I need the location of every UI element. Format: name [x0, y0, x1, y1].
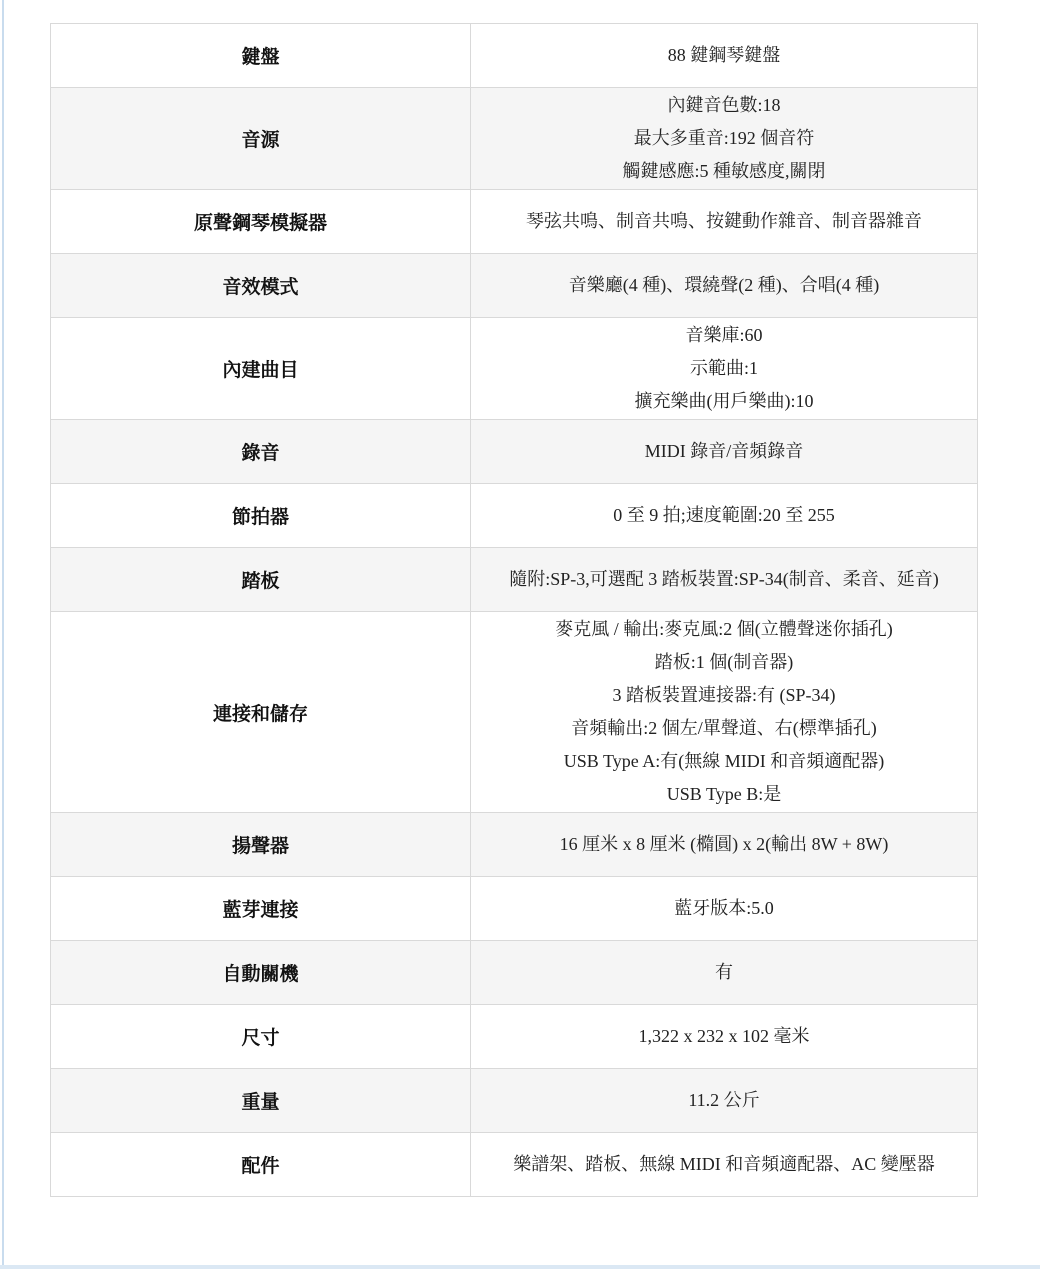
table-row: 重量 11.2 公斤	[51, 1069, 978, 1133]
spec-value-line: 88 鍵鋼琴鍵盤	[481, 39, 967, 72]
spec-value: 音樂廳(4 種)、環繞聲(2 種)、合唱(4 種)	[471, 254, 978, 318]
spec-value: 1,322 x 232 x 102 毫米	[471, 1005, 978, 1069]
spec-label: 自動關機	[51, 941, 471, 1005]
spec-value-line: 音樂廳(4 種)、環繞聲(2 種)、合唱(4 種)	[481, 269, 967, 302]
spec-value-line: 麥克風 / 輸出:麥克風:2 個(立體聲迷你插孔)	[481, 613, 967, 646]
spec-table-body: 鍵盤 88 鍵鋼琴鍵盤 音源 內鍵音色數:18最大多重音:192 個音符觸鍵感應…	[51, 24, 978, 1197]
spec-value-line: 觸鍵感應:5 種敏感度,關閉	[481, 155, 967, 188]
spec-value-line: USB Type A:有(無線 MIDI 和音頻適配器)	[481, 745, 967, 778]
spec-label: 連接和儲存	[51, 612, 471, 813]
left-accent-line	[2, 0, 4, 1269]
spec-value-line: 16 厘米 x 8 厘米 (橢圓) x 2(輸出 8W + 8W)	[481, 828, 967, 861]
spec-value: 琴弦共鳴、制音共鳴、按鍵動作雜音、制音器雜音	[471, 190, 978, 254]
spec-value-line: 琴弦共鳴、制音共鳴、按鍵動作雜音、制音器雜音	[481, 205, 967, 238]
spec-value: 音樂庫:60示範曲:1擴充樂曲(用戶樂曲):10	[471, 318, 978, 420]
spec-value-line: 3 踏板裝置連接器:有 (SP-34)	[481, 679, 967, 712]
spec-value-line: 隨附:SP-3,可選配 3 踏板裝置:SP-34(制音、柔音、延音)	[481, 563, 967, 596]
table-row: 自動關機 有	[51, 941, 978, 1005]
spec-value-line: 藍牙版本:5.0	[481, 892, 967, 925]
spec-label: 原聲鋼琴模擬器	[51, 190, 471, 254]
spec-value-line: 11.2 公斤	[481, 1084, 967, 1117]
spec-value-line: MIDI 錄音/音頻錄音	[481, 435, 967, 468]
spec-value: 88 鍵鋼琴鍵盤	[471, 24, 978, 88]
table-row: 音源 內鍵音色數:18最大多重音:192 個音符觸鍵感應:5 種敏感度,關閉	[51, 88, 978, 190]
spec-value: 藍牙版本:5.0	[471, 877, 978, 941]
spec-value-line: USB Type B:是	[481, 778, 967, 811]
spec-label: 內建曲目	[51, 318, 471, 420]
table-row: 揚聲器 16 厘米 x 8 厘米 (橢圓) x 2(輸出 8W + 8W)	[51, 813, 978, 877]
bottom-accent-line	[0, 1265, 1040, 1269]
spec-value: 0 至 9 拍;速度範圍:20 至 255	[471, 484, 978, 548]
spec-label: 重量	[51, 1069, 471, 1133]
spec-label: 藍芽連接	[51, 877, 471, 941]
spec-value: 11.2 公斤	[471, 1069, 978, 1133]
spec-label: 音效模式	[51, 254, 471, 318]
table-row: 鍵盤 88 鍵鋼琴鍵盤	[51, 24, 978, 88]
spec-table: 鍵盤 88 鍵鋼琴鍵盤 音源 內鍵音色數:18最大多重音:192 個音符觸鍵感應…	[50, 23, 978, 1197]
spec-label: 配件	[51, 1133, 471, 1197]
spec-value: 內鍵音色數:18最大多重音:192 個音符觸鍵感應:5 種敏感度,關閉	[471, 88, 978, 190]
spec-value-line: 示範曲:1	[481, 352, 967, 385]
table-row: 踏板 隨附:SP-3,可選配 3 踏板裝置:SP-34(制音、柔音、延音)	[51, 548, 978, 612]
spec-value-line: 最大多重音:192 個音符	[481, 122, 967, 155]
spec-value-line: 內鍵音色數:18	[481, 89, 967, 122]
spec-value: 隨附:SP-3,可選配 3 踏板裝置:SP-34(制音、柔音、延音)	[471, 548, 978, 612]
table-row: 藍芽連接 藍牙版本:5.0	[51, 877, 978, 941]
spec-value-line: 0 至 9 拍;速度範圍:20 至 255	[481, 499, 967, 532]
table-row: 內建曲目 音樂庫:60示範曲:1擴充樂曲(用戶樂曲):10	[51, 318, 978, 420]
table-row: 原聲鋼琴模擬器 琴弦共鳴、制音共鳴、按鍵動作雜音、制音器雜音	[51, 190, 978, 254]
table-row: 音效模式 音樂廳(4 種)、環繞聲(2 種)、合唱(4 種)	[51, 254, 978, 318]
spec-value: 有	[471, 941, 978, 1005]
spec-value-line: 1,322 x 232 x 102 毫米	[481, 1020, 967, 1053]
spec-value-line: 音樂庫:60	[481, 319, 967, 352]
spec-value-line: 踏板:1 個(制音器)	[481, 646, 967, 679]
spec-label: 鍵盤	[51, 24, 471, 88]
spec-value-line: 音頻輸出:2 個左/單聲道、右(標準插孔)	[481, 712, 967, 745]
table-row: 尺寸 1,322 x 232 x 102 毫米	[51, 1005, 978, 1069]
table-row: 配件 樂譜架、踏板、無線 MIDI 和音頻適配器、AC 變壓器	[51, 1133, 978, 1197]
spec-value: 樂譜架、踏板、無線 MIDI 和音頻適配器、AC 變壓器	[471, 1133, 978, 1197]
spec-value: 16 厘米 x 8 厘米 (橢圓) x 2(輸出 8W + 8W)	[471, 813, 978, 877]
spec-value-line: 有	[481, 956, 967, 989]
spec-label: 節拍器	[51, 484, 471, 548]
spec-label: 尺寸	[51, 1005, 471, 1069]
spec-label: 揚聲器	[51, 813, 471, 877]
spec-value: MIDI 錄音/音頻錄音	[471, 420, 978, 484]
spec-label: 音源	[51, 88, 471, 190]
spec-label: 踏板	[51, 548, 471, 612]
table-row: 錄音 MIDI 錄音/音頻錄音	[51, 420, 978, 484]
spec-value-line: 樂譜架、踏板、無線 MIDI 和音頻適配器、AC 變壓器	[481, 1148, 967, 1181]
spec-label: 錄音	[51, 420, 471, 484]
table-row: 節拍器 0 至 9 拍;速度範圍:20 至 255	[51, 484, 978, 548]
spec-value-line: 擴充樂曲(用戶樂曲):10	[481, 385, 967, 418]
spec-value: 麥克風 / 輸出:麥克風:2 個(立體聲迷你插孔)踏板:1 個(制音器)3 踏板…	[471, 612, 978, 813]
table-row: 連接和儲存 麥克風 / 輸出:麥克風:2 個(立體聲迷你插孔)踏板:1 個(制音…	[51, 612, 978, 813]
